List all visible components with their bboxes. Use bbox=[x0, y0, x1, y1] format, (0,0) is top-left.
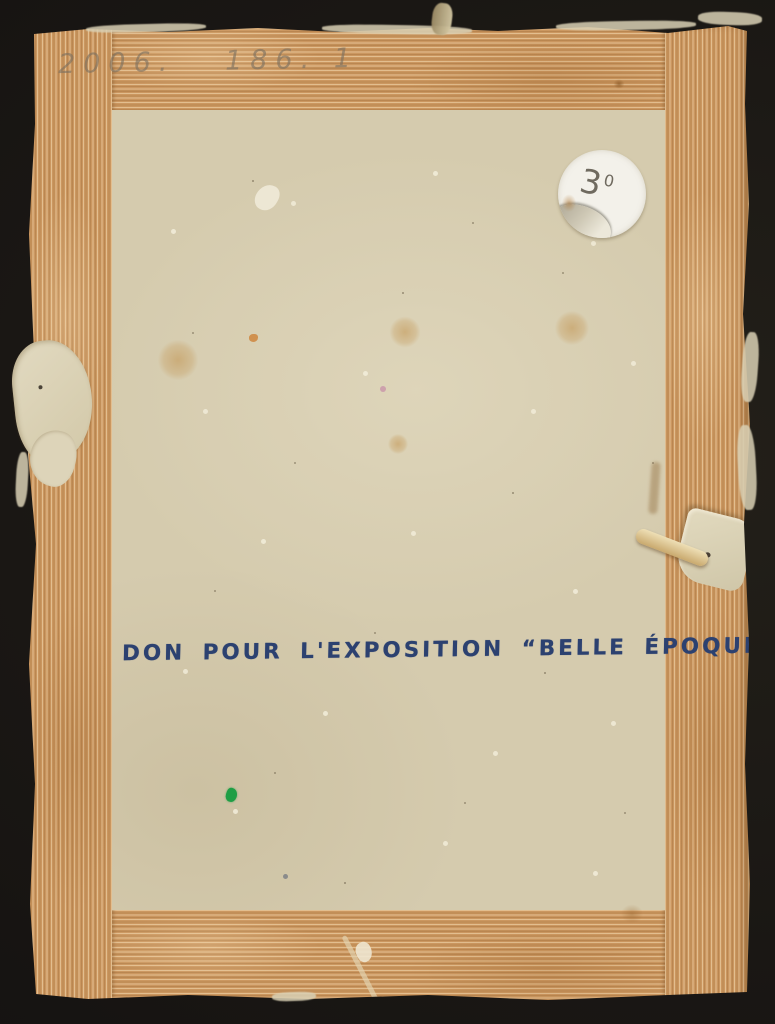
accession-inscription: 2006. 186. 1 bbox=[58, 43, 360, 80]
torn-fiber bbox=[556, 20, 696, 31]
frame-strip-left bbox=[28, 24, 112, 1002]
paint-speck bbox=[249, 334, 258, 342]
sticker-number: 30 bbox=[577, 163, 619, 206]
stain bbox=[152, 334, 204, 386]
exhibition-inscription: DON POUR L'EXPOSITION “BELLE ÉPOQUE” bbox=[122, 635, 663, 667]
round-sticker: 30 bbox=[558, 150, 646, 238]
stain bbox=[385, 431, 411, 457]
paper-fleck bbox=[283, 874, 288, 879]
torn-fiber bbox=[698, 11, 762, 26]
torn-fiber bbox=[272, 991, 316, 1002]
inner-panel: 30 DON POUR L'EXPOSITION “BELLE ÉPOQUE” bbox=[112, 110, 665, 910]
stain bbox=[550, 306, 594, 350]
green-paint-speck bbox=[224, 787, 239, 804]
stain bbox=[385, 312, 425, 352]
photo-backdrop: 2006. 186. 1 30 DON POUR L'EXPOSITION “B… bbox=[0, 0, 775, 1024]
paper-fleck bbox=[251, 180, 283, 214]
cardboard-knot bbox=[612, 78, 626, 90]
sticker-stain bbox=[560, 192, 578, 214]
torn-fiber bbox=[15, 452, 30, 508]
paper-specks-dark bbox=[112, 110, 114, 112]
paper-fleck bbox=[380, 386, 386, 392]
artwork-cardboard-back: 2006. 186. 1 30 DON POUR L'EXPOSITION “B… bbox=[28, 24, 750, 1002]
frame-strip-bottom bbox=[28, 910, 750, 1002]
stain bbox=[618, 902, 646, 926]
